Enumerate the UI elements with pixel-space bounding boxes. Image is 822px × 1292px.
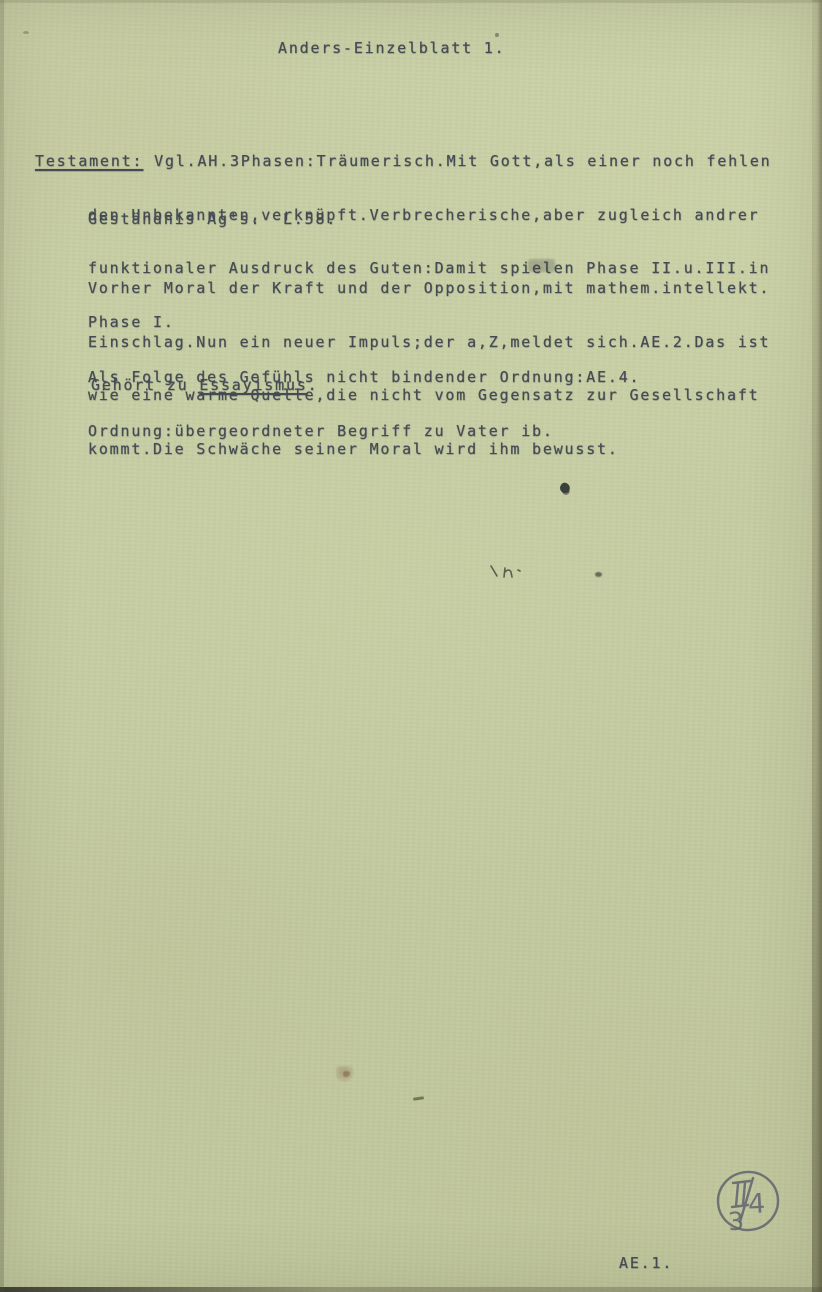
page-edge-left: [0, 0, 4, 1292]
ordnung-line-2: Ordnung:übergeordneter Begriff zu Vater …: [88, 423, 640, 441]
vorher-line-1: Vorher Moral der Kraft und der Oppositio…: [88, 280, 770, 298]
page-title: Anders-Einzelblatt 1.: [278, 40, 505, 58]
testament-label: Testament:: [35, 152, 143, 170]
page-edge-bottom: [0, 1287, 822, 1292]
pencil-stamp-drawing: 4 3: [690, 1160, 810, 1260]
paper-smudge: [336, 1066, 354, 1082]
essayismus-prefix: Gehört zu: [91, 376, 199, 394]
ink-speck: [595, 572, 602, 577]
stamp-denominator: 4: [747, 1188, 768, 1220]
essayismus-suffix: .: [308, 376, 319, 394]
stamp-below-number: 3: [727, 1206, 747, 1236]
paragraph-gestaendnis: Geständnis Ag's. L.58.: [88, 211, 337, 229]
ink-dash: [413, 1096, 424, 1101]
archive-code: AE.1.: [619, 1255, 673, 1273]
paragraph-essayismus: Gehört zu Essayismus.: [91, 377, 318, 395]
paragraph-ordnung: Als Folge des Gefühls nicht bindender Or…: [88, 333, 640, 476]
page-edge-top: [0, 0, 822, 3]
paper-smudge: [343, 1071, 350, 1077]
testament-line-1: Testament: Vgl.AH.3Phasen:Träumerisch.Mi…: [35, 153, 772, 171]
testament-line-1-rest: Vgl.AH.3Phasen:Träumerisch.Mit Gott,als …: [143, 152, 771, 170]
essayismus-underlined: Essayismus: [199, 376, 307, 394]
scanned-document-page: Anders-Einzelblatt 1. Testament: Vgl.AH.…: [0, 0, 822, 1292]
pencil-stamp: 4 3: [690, 1160, 810, 1265]
ink-speck: [495, 33, 499, 37]
ink-scribble: [488, 561, 528, 588]
page-edge-right: [812, 0, 822, 1292]
paper-speck: [23, 31, 29, 34]
